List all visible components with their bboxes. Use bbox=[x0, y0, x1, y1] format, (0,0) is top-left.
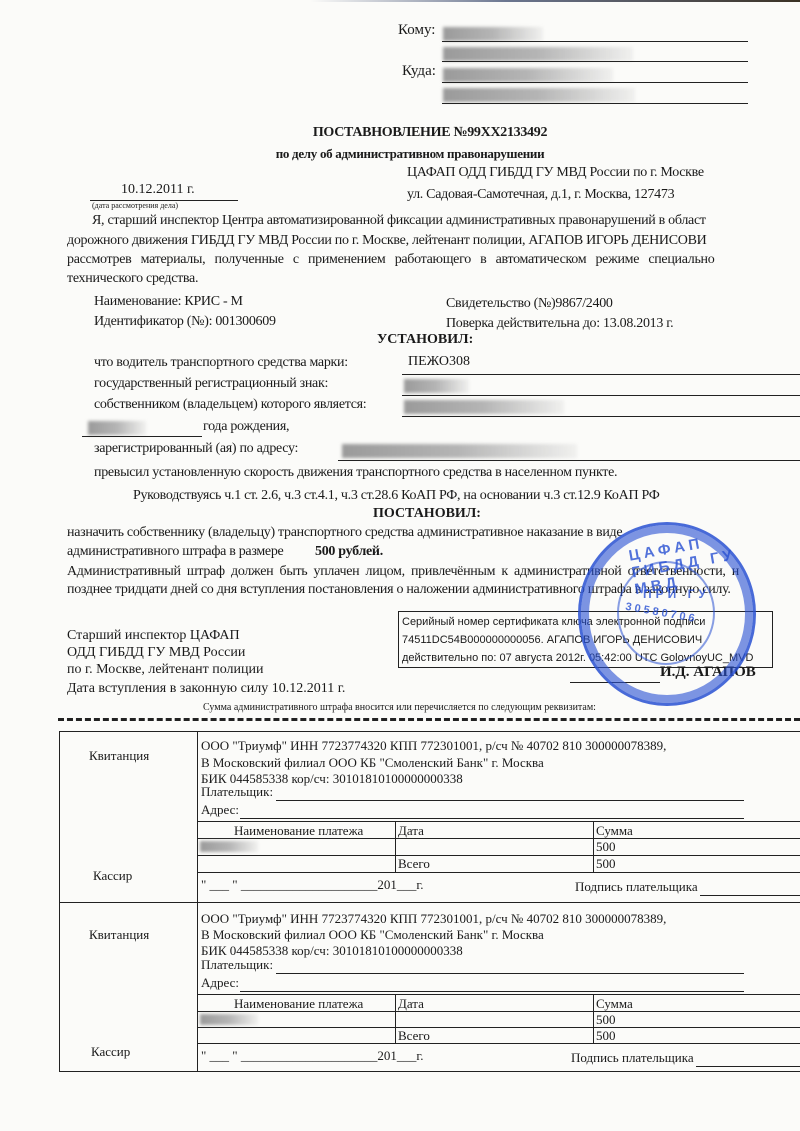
receipt-1-recipient: ООО "Триумф" ИНН 7723774320 КПП 77230100… bbox=[201, 738, 666, 754]
address-label: зарегистрированный (ая) по адресу: bbox=[94, 441, 298, 457]
where-line-2 bbox=[442, 103, 748, 104]
redacted-address-2 bbox=[443, 88, 635, 102]
document-title: ПОСТАВНОВЛЕНИЕ №99ХХ2133492 bbox=[0, 125, 800, 141]
intro-line-2: дорожного движения ГИБДД ГУ МВД России п… bbox=[67, 233, 800, 249]
plate-label: государственный регистрационный знак: bbox=[94, 376, 328, 392]
to-label: Кому: bbox=[398, 22, 435, 39]
legal-basis: Руководствуясь ч.1 ст. 2.6, ч.3 ст.4.1, … bbox=[133, 488, 659, 504]
col-amount: Сумма bbox=[596, 996, 633, 1012]
device-verification: Поверка действительна до: 13.08.2013 г. bbox=[446, 316, 673, 332]
receipt-1-address-label: Адрес: bbox=[201, 802, 239, 818]
total-amount: 500 bbox=[596, 1028, 616, 1044]
cert-line-2: 74511DC54B000000000056. АГАПОВ ИГОРЬ ДЕН… bbox=[402, 631, 769, 649]
receipt-2-recipient: ООО "Триумф" ИНН 7723774320 КПП 77230100… bbox=[201, 911, 666, 927]
total-amount: 500 bbox=[596, 856, 616, 872]
redacted-payment-name bbox=[200, 1014, 258, 1025]
redacted-recipient bbox=[443, 27, 543, 41]
document-subtitle: по делу об административном правонарушен… bbox=[0, 146, 800, 162]
receipt-1-payer-signature: Подпись плательщика bbox=[575, 879, 698, 895]
device-name: Наименование: КРИС - М bbox=[94, 294, 243, 310]
receipt-1-payer-label: Плательщик: bbox=[201, 784, 273, 800]
receipt-1-table: Наименование платежа Дата Сумма 500 Всег… bbox=[198, 821, 800, 873]
authority-address: ул. Садовая-Самотечная, д.1, г. Москва, … bbox=[407, 187, 674, 203]
vehicle-line bbox=[402, 374, 800, 375]
intro-line-4: технического средства. bbox=[67, 271, 198, 287]
to-line-1 bbox=[442, 41, 748, 42]
col-amount: Сумма bbox=[596, 823, 633, 839]
receipt-2-bank: В Московский филиал ООО КБ "Смоленский Б… bbox=[201, 927, 544, 943]
where-line-1 bbox=[442, 82, 748, 83]
receipt-2-payer-field[interactable] bbox=[276, 973, 744, 974]
redacted-owner bbox=[404, 400, 564, 414]
payment-line-1: Административный штраф должен быть уплач… bbox=[67, 564, 800, 580]
redacted-plate bbox=[404, 379, 469, 393]
redacted-payment-name bbox=[200, 841, 258, 852]
receipt-2-date-line: " ___ " _____________________201___г. bbox=[201, 1048, 423, 1064]
receipt-2-table: Наименование платежа Дата Сумма 500 Всег… bbox=[198, 994, 800, 1044]
fine-amount: 500 рублей. bbox=[315, 544, 383, 560]
intro-line-3: рассмотрев материалы, полученные с приме… bbox=[67, 252, 800, 268]
address-line bbox=[338, 460, 800, 461]
birth-label: года рождения, bbox=[203, 419, 289, 435]
intro-line-1: Я, старший инспектор Центра автоматизиро… bbox=[92, 213, 800, 229]
certificate-box: Серийный номер сертификата ключа электро… bbox=[398, 611, 773, 668]
cert-line-1: Серийный номер сертификата ключа электро… bbox=[402, 613, 769, 631]
receipt-2-payer-label: Плательщик: bbox=[201, 957, 273, 973]
receipt-2-label: Квитанция bbox=[89, 927, 149, 943]
redacted-address bbox=[443, 68, 613, 82]
payment-note: Сумма административного штрафа вносится … bbox=[203, 702, 596, 713]
redacted-owner-address bbox=[342, 444, 577, 458]
plate-line bbox=[402, 395, 800, 396]
receipt-1-divider bbox=[197, 731, 198, 903]
resolved-heading: ПОСТАНОВИЛ: bbox=[373, 506, 481, 522]
cut-line bbox=[58, 718, 800, 721]
established-heading: УСТАНОВИЛ: bbox=[377, 332, 473, 348]
authority-name: ЦАФАП ОДД ГИБДД ГУ МВД России по г. Моск… bbox=[407, 165, 704, 181]
signature-line bbox=[570, 682, 660, 683]
redacted-recipient-2 bbox=[443, 47, 633, 61]
receipt-1-signature-field[interactable] bbox=[700, 895, 800, 896]
receipt-2-address-label: Адрес: bbox=[201, 975, 239, 991]
receipt-2-signature-field[interactable] bbox=[696, 1066, 800, 1067]
vehicle-value: ПЕЖО308 bbox=[408, 354, 470, 370]
receipt-1-cashier: Кассир bbox=[93, 868, 132, 884]
signer-title-2: ОДД ГИБДД ГУ МВД России bbox=[67, 645, 245, 661]
signer-title-3: по г. Москве, лейтенант полиции bbox=[67, 662, 263, 678]
total-label: Всего bbox=[398, 856, 430, 872]
col-payment-name: Наименование платежа bbox=[234, 823, 363, 839]
to-line-2 bbox=[442, 61, 748, 62]
redacted-birth-year bbox=[88, 421, 146, 435]
owner-line bbox=[402, 416, 800, 417]
owner-label: собственником (владельцем) которого явля… bbox=[94, 397, 366, 413]
receipt-2-address-field[interactable] bbox=[240, 991, 744, 992]
receipt-1-payer-field[interactable] bbox=[276, 800, 744, 801]
vehicle-label: что водитель транспортного средства марк… bbox=[94, 355, 348, 371]
birth-line bbox=[82, 436, 202, 437]
receipt-2-divider bbox=[197, 902, 198, 1072]
effective-date: Дата вступления в законную силу 10.12.20… bbox=[67, 681, 345, 697]
resolved-line-2: административного штрафа в размере bbox=[67, 544, 283, 560]
col-date: Дата bbox=[398, 996, 424, 1012]
col-payment-name: Наименование платежа bbox=[234, 996, 363, 1012]
col-date: Дата bbox=[398, 823, 424, 839]
receipt-1-label: Квитанция bbox=[89, 748, 149, 764]
case-date-caption: (дата рассмотрения дела) bbox=[92, 201, 178, 210]
row-amount: 500 bbox=[596, 1012, 616, 1028]
signer-name: И.Д. АГАПОВ bbox=[660, 664, 756, 681]
scan-edge bbox=[310, 0, 800, 2]
device-id: Идентификатор (№): 001300609 bbox=[94, 314, 276, 330]
receipt-1-address-field[interactable] bbox=[240, 818, 744, 819]
resolved-line-1: назначить собственнику (владельцу) транс… bbox=[67, 525, 622, 541]
case-date: 10.12.2011 г. bbox=[121, 182, 195, 198]
where-label: Куда: bbox=[402, 63, 436, 80]
signer-title-1: Старший инспектор ЦАФАП bbox=[67, 628, 240, 644]
row-amount: 500 bbox=[596, 839, 616, 855]
violation-text: превысил установленную скорость движения… bbox=[94, 465, 617, 481]
receipt-2-payer-signature: Подпись плательщика bbox=[571, 1050, 694, 1066]
receipt-2-cashier: Кассир bbox=[91, 1044, 130, 1060]
receipt-1-date-line: " ___ " _____________________201___г. bbox=[201, 877, 423, 893]
total-label: Всего bbox=[398, 1028, 430, 1044]
device-certificate: Свидетельство (№)9867/2400 bbox=[446, 296, 613, 312]
payment-line-2: позднее тридцати дней со дня вступления … bbox=[67, 582, 800, 598]
receipt-1-bank: В Московский филиал ООО КБ "Смоленский Б… bbox=[201, 755, 544, 771]
